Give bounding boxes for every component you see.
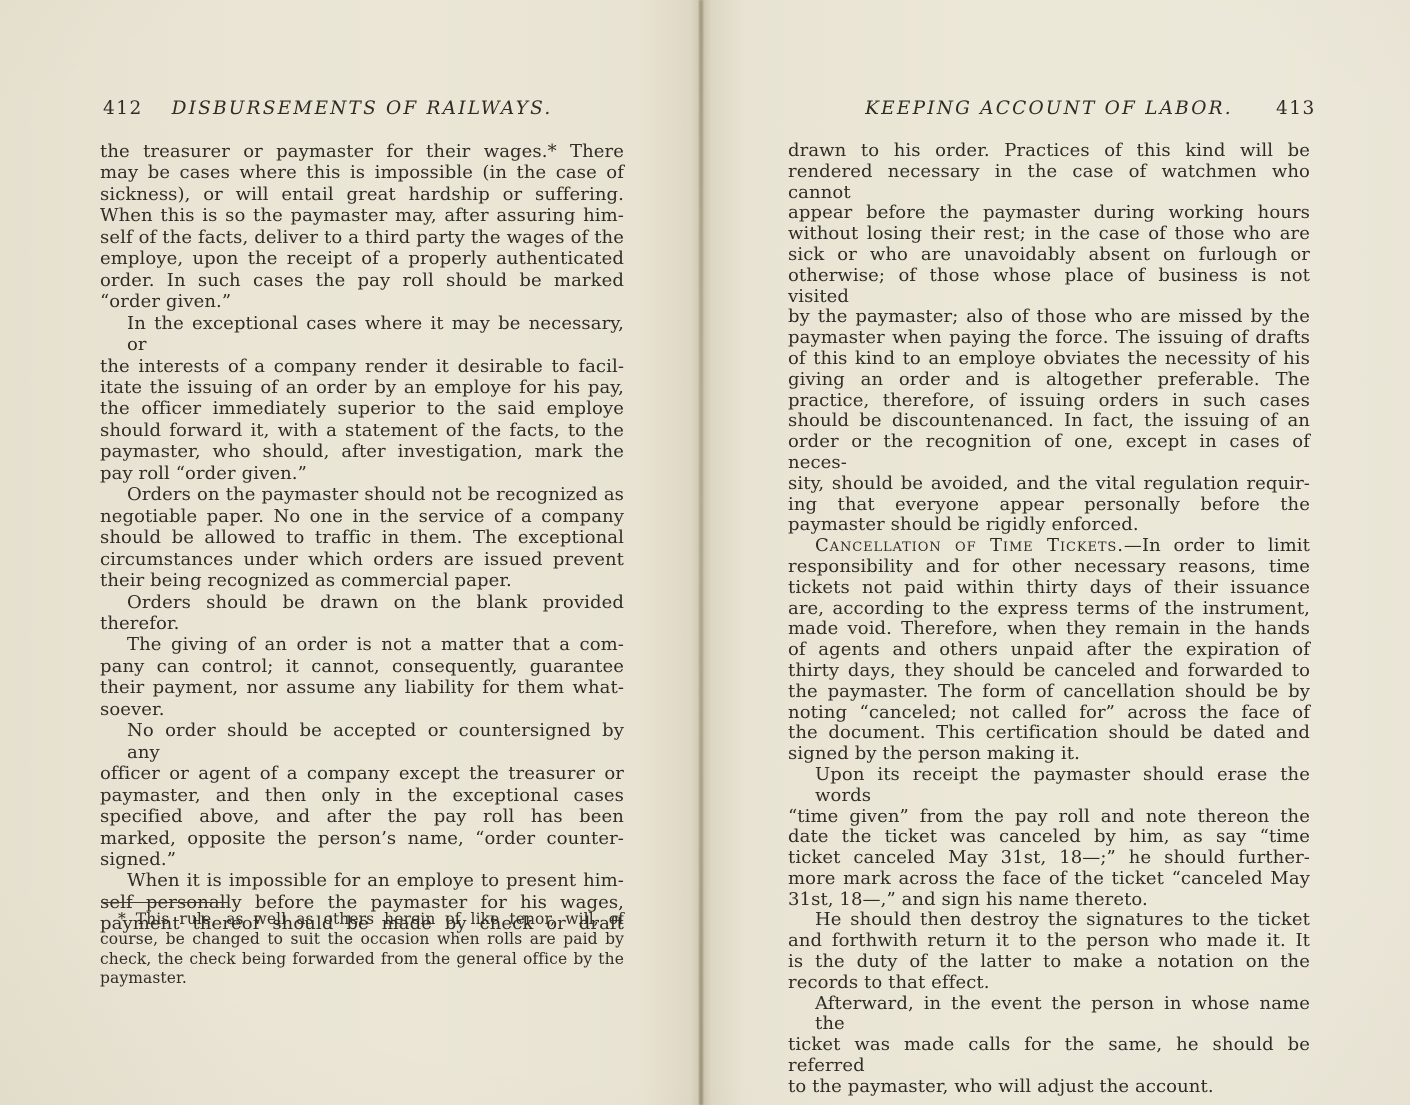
text-line: tickets not paid within thirty days of t… — [788, 578, 1310, 599]
text-line: Upon its receipt the paymaster should er… — [788, 765, 1310, 807]
text-line: check, the check being forwarded from th… — [100, 950, 624, 970]
paragraph: Orders should be drawn on the blank prov… — [100, 592, 624, 635]
text-line: to the paymaster, who will adjust the ac… — [788, 1077, 1310, 1098]
text-line: circumstances under which orders are iss… — [100, 549, 624, 570]
text-line: negotiable paper. No one in the service … — [100, 506, 624, 527]
text-line: signed.” — [100, 849, 624, 870]
text-line: are, according to the express terms of t… — [788, 599, 1310, 620]
text-line: self of the facts, deliver to a third pa… — [100, 227, 624, 248]
text-line: paymaster, and then only in the exceptio… — [100, 785, 624, 806]
text-line: drawn to his order. Practices of this ki… — [788, 141, 1310, 162]
footnote-rule — [103, 902, 229, 903]
text-line: pany can control; it cannot, consequentl… — [100, 656, 624, 677]
text-line: noting “canceled; not called for” across… — [788, 703, 1310, 724]
text-line: * This rule, as well as others herein of… — [100, 910, 624, 930]
text-line: should forward it, with a statement of t… — [100, 420, 624, 441]
book-gutter-crease — [699, 0, 703, 1105]
text-line: sickness), or will entail great hardship… — [100, 184, 624, 205]
paragraph: The giving of an order is not a matter t… — [100, 634, 624, 720]
text-line: appear before the paymaster during worki… — [788, 203, 1310, 224]
text-line: by the paymaster; also of those who are … — [788, 307, 1310, 328]
text-line: ticket canceled May 31st, 18—;” he shoul… — [788, 848, 1310, 869]
text-line: without losing their rest; in the case o… — [788, 224, 1310, 245]
text-line: the interests of a company render it des… — [100, 356, 624, 377]
text-line: order. In such cases the pay roll should… — [100, 270, 624, 291]
text-line: practice, therefore, of issuing orders i… — [788, 391, 1310, 412]
text-line: of this kind to an employe obviates the … — [788, 349, 1310, 370]
text-line: “order given.” — [100, 291, 624, 312]
text-line: the paymaster. The form of cancellation … — [788, 682, 1310, 703]
text-line: paymaster. — [100, 969, 624, 989]
text-line: specified above, and after the pay roll … — [100, 806, 624, 827]
book-spread: 412 DISBURSEMENTS OF RAILWAYS. KEEPING A… — [0, 0, 1410, 1105]
text-line: signed by the person making it. — [788, 744, 1310, 765]
text-line: is the duty of the latter to make a nota… — [788, 952, 1310, 973]
text-line: should be allowed to traffic in them. Th… — [100, 527, 624, 548]
text-line: ing that everyone appear personally befo… — [788, 495, 1310, 516]
running-header-left: DISBURSEMENTS OF RAILWAYS. — [100, 98, 624, 119]
text-line: paymaster, who should, after investigati… — [100, 441, 624, 462]
text-line: Afterward, in the event the person in wh… — [788, 994, 1310, 1036]
text-line: ticket was made calls for the same, he s… — [788, 1035, 1310, 1077]
paragraph: Cancellation of Time Tickets.—In order t… — [788, 536, 1310, 765]
paragraph: He should then destroy the signatures to… — [788, 910, 1310, 993]
text-line: employe, upon the receipt of a properly … — [100, 248, 624, 269]
text-line: When this is so the paymaster may, after… — [100, 205, 624, 226]
text-line: the officer immediately superior to the … — [100, 398, 624, 419]
text-line: order or the recognition of one, except … — [788, 432, 1310, 474]
text-line: paymaster should be rigidly enforced. — [788, 515, 1310, 536]
text-line: itate the issuing of an order by an empl… — [100, 377, 624, 398]
text-line: rendered necessary in the case of watchm… — [788, 162, 1310, 204]
page-number-right: 413 — [1276, 98, 1316, 119]
text-line: sity, should be avoided, and the vital r… — [788, 474, 1310, 495]
text-line: When it is impossible for an employe to … — [100, 870, 624, 891]
footnote: * This rule, as well as others herein of… — [100, 910, 624, 989]
paragraph: the treasurer or paymaster for their wag… — [100, 141, 624, 313]
text-line: therefor. — [100, 613, 624, 634]
running-header-right: KEEPING ACCOUNT OF LABOR. — [788, 98, 1310, 119]
text-line: thirty days, they should be canceled and… — [788, 661, 1310, 682]
text-line: date the ticket was canceled by him, as … — [788, 827, 1310, 848]
text-line: 31st, 18—,” and sign his name thereto. — [788, 890, 1310, 911]
small-caps-heading: Cancellation of Time Tickets. — [815, 535, 1124, 556]
text-line: “time given” from the pay roll and note … — [788, 807, 1310, 828]
text-line: should be discountenanced. In fact, the … — [788, 411, 1310, 432]
text-line: No order should be accepted or countersi… — [100, 720, 624, 763]
text-line: Orders should be drawn on the blank prov… — [100, 592, 624, 613]
text-line: records to that effect. — [788, 973, 1310, 994]
text-line: of agents and others unpaid after the ex… — [788, 640, 1310, 661]
paragraph: Afterward, in the event the person in wh… — [788, 994, 1310, 1098]
text-line: paymaster when paying the force. The iss… — [788, 328, 1310, 349]
text-line: responsibility and for other necessary r… — [788, 557, 1310, 578]
paragraph: Orders on the paymaster should not be re… — [100, 484, 624, 591]
text-line: Cancellation of Time Tickets.—In order t… — [788, 536, 1310, 557]
text-line: sick or who are unavoidably absent on fu… — [788, 245, 1310, 266]
text-line: more mark across the face of the ticket … — [788, 869, 1310, 890]
text-line: pay roll “order given.” — [100, 463, 624, 484]
text-line: course, be changed to suit the occasion … — [100, 930, 624, 950]
paragraph: * This rule, as well as others herein of… — [100, 910, 624, 989]
text-line: The giving of an order is not a matter t… — [100, 634, 624, 655]
paragraph: drawn to his order. Practices of this ki… — [788, 141, 1310, 536]
text-line: giving an order and is altogether prefer… — [788, 370, 1310, 391]
text-line: the treasurer or paymaster for their wag… — [100, 141, 624, 162]
text-line: marked, opposite the person’s name, “ord… — [100, 828, 624, 849]
text-line: otherwise; of those whose place of busin… — [788, 266, 1310, 308]
text-line: the document. This certification should … — [788, 723, 1310, 744]
text-line: He should then destroy the signatures to… — [788, 910, 1310, 931]
paragraph: No order should be accepted or countersi… — [100, 720, 624, 870]
text-line: may be cases where this is impossible (i… — [100, 162, 624, 183]
text-line: soever. — [100, 699, 624, 720]
text-line: made void. Therefore, when they remain i… — [788, 619, 1310, 640]
text-line: their being recognized as commercial pap… — [100, 570, 624, 591]
paragraph: In the exceptional cases where it may be… — [100, 313, 624, 485]
text-line: officer or agent of a company except the… — [100, 763, 624, 784]
text-line: their payment, nor assume any liability … — [100, 677, 624, 698]
paragraph: Upon its receipt the paymaster should er… — [788, 765, 1310, 911]
right-page-body-text: drawn to his order. Practices of this ki… — [788, 141, 1310, 1098]
text-line: and forthwith return it to the person wh… — [788, 931, 1310, 952]
text-line: Orders on the paymaster should not be re… — [100, 484, 624, 505]
text-line: In the exceptional cases where it may be… — [100, 313, 624, 356]
left-page-body-text: the treasurer or paymaster for their wag… — [100, 141, 624, 935]
